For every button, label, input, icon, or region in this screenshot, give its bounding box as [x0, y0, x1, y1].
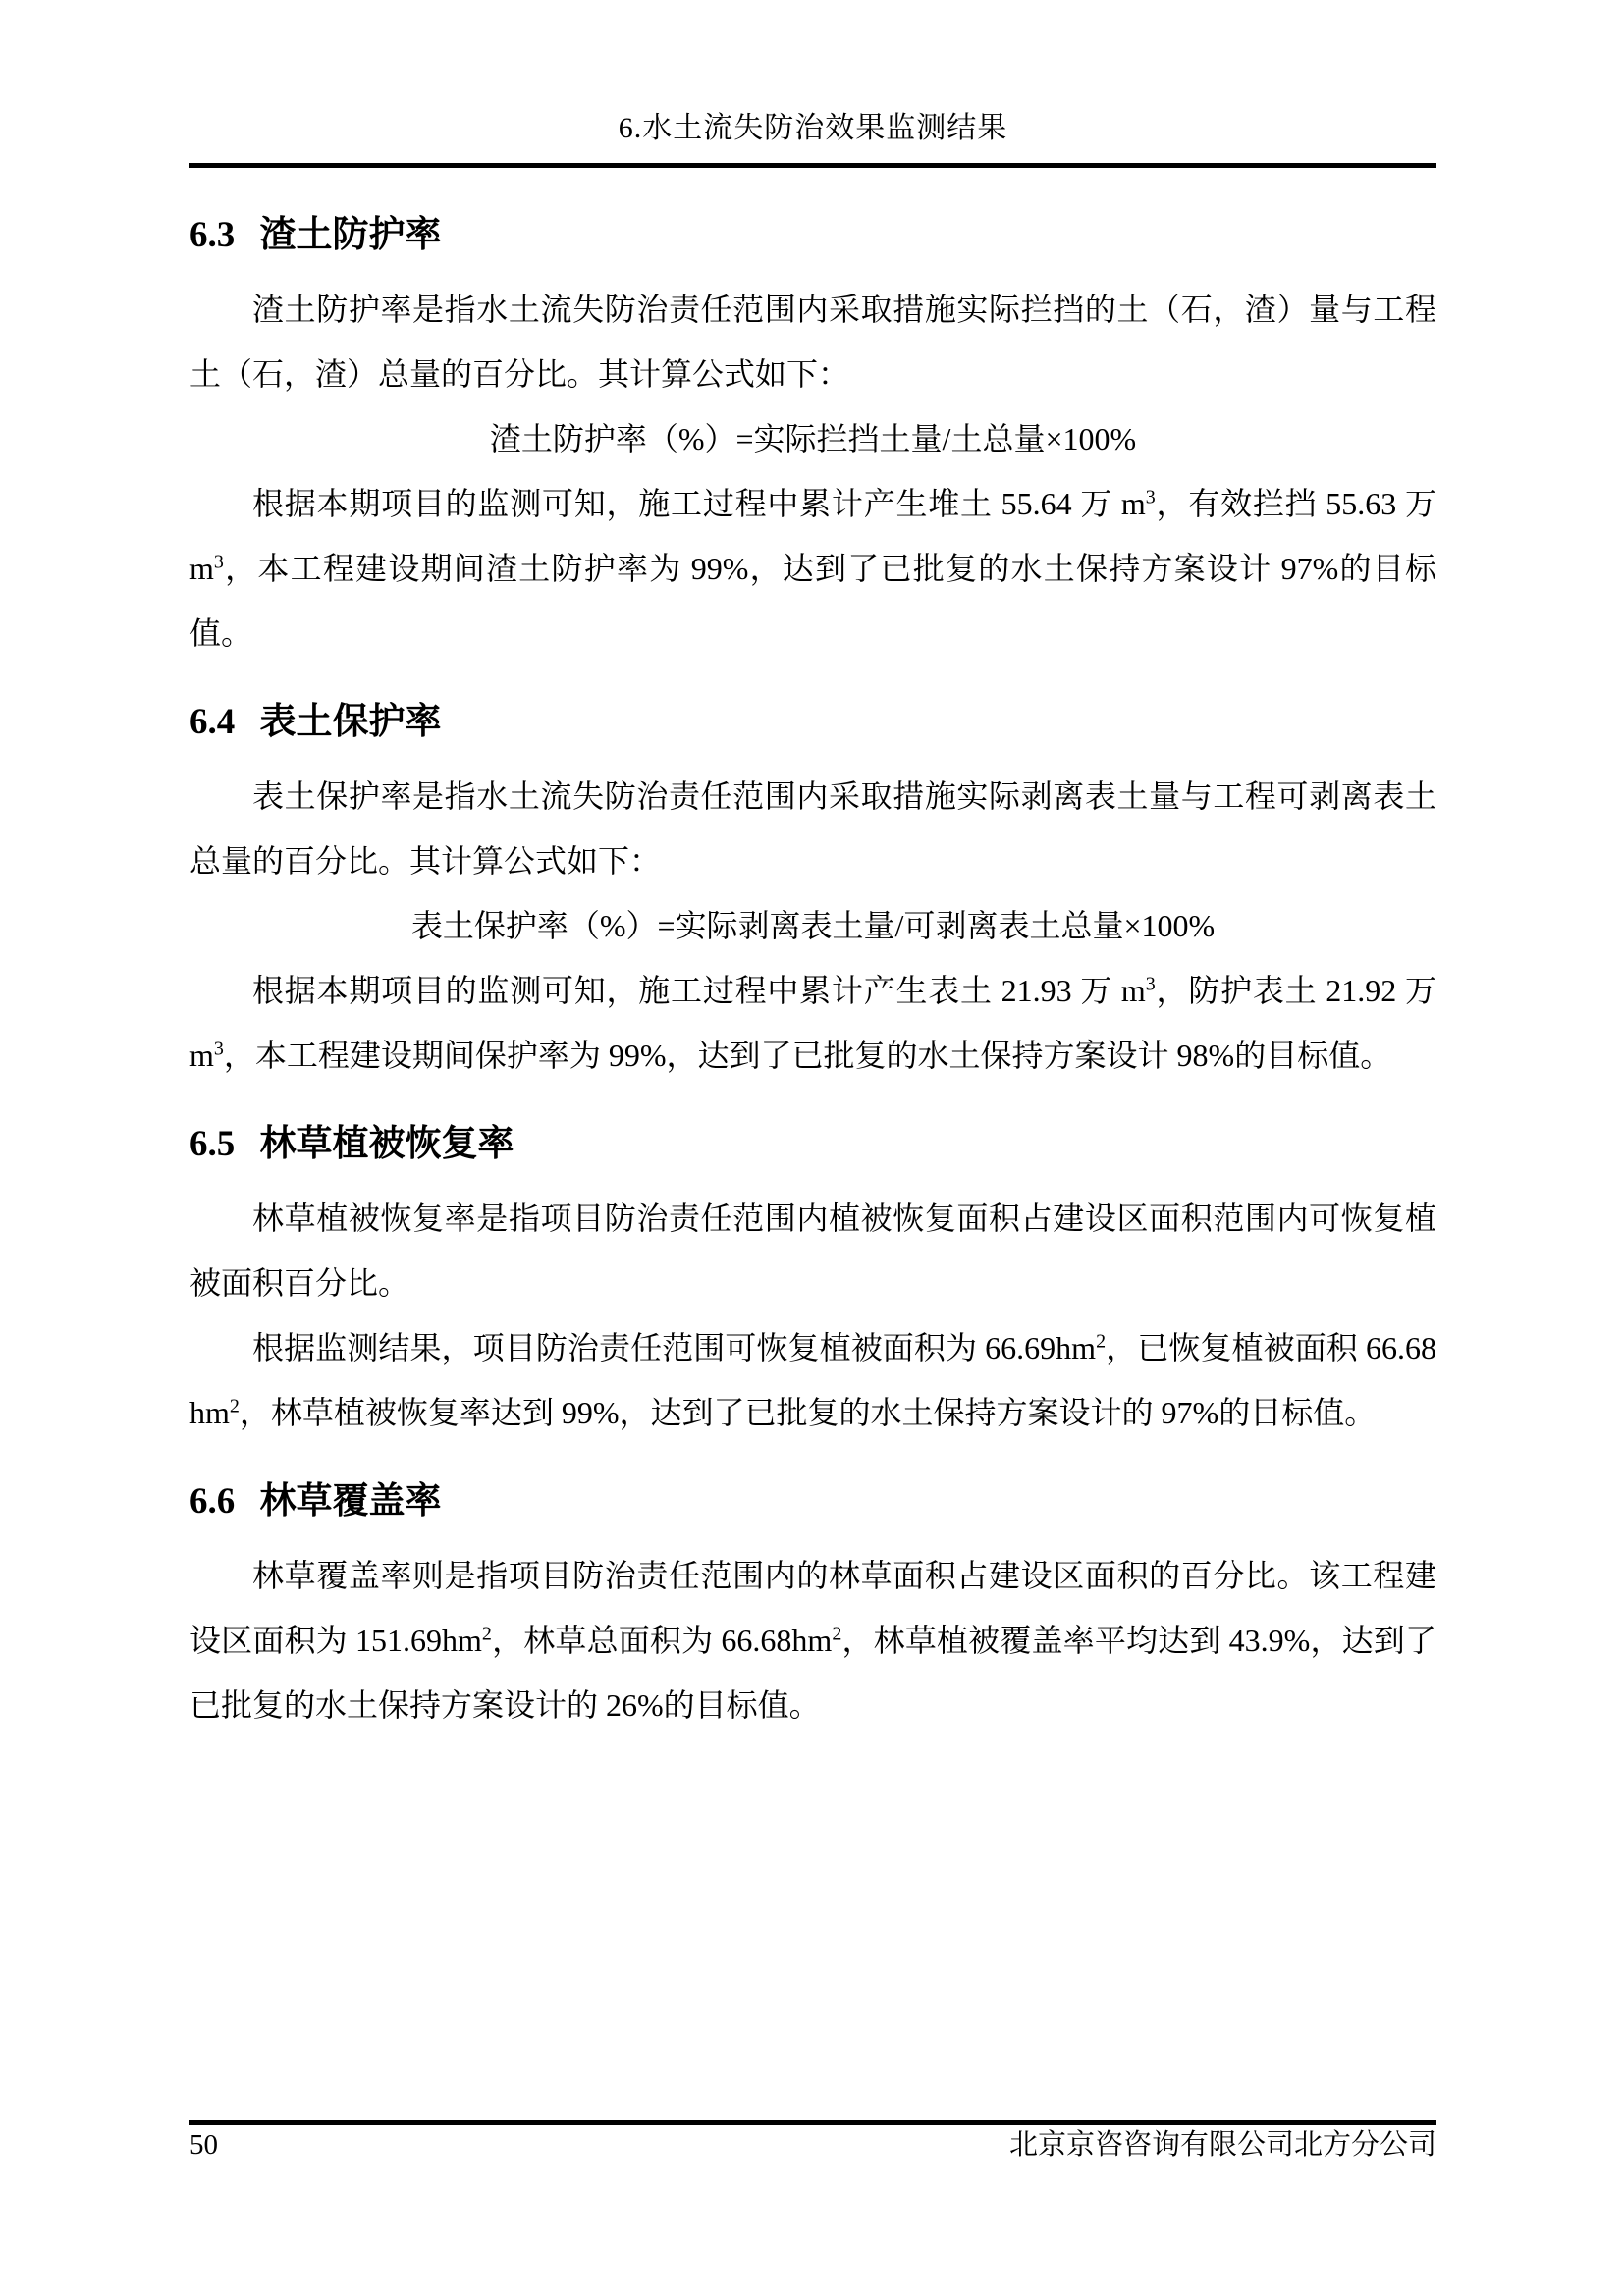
section-number: 6.3	[189, 215, 235, 255]
document-page: 6.水土流失防治效果监测结果 6.3 渣土防护率 渣土防护率是指水土流失防治责任…	[0, 0, 1624, 2296]
text-run: 根据本期项目的监测可知，施工过程中累计产生堆土 55.64 万 m	[252, 486, 1146, 521]
superscript: 3	[1146, 486, 1156, 507]
superscript: 2	[230, 1395, 240, 1416]
section-heading: 6.4 表土保护率	[189, 701, 1436, 744]
superscript: 3	[214, 1038, 224, 1059]
text-run: 根据本期项目的监测可知，施工过程中累计产生表土 21.93 万 m	[252, 973, 1146, 1008]
text-run: 渣土防护率是指水土流失防治责任范围内采取措施实际拦挡的土（石，渣）量与工程土（石…	[189, 292, 1436, 392]
text-run: 林草植被恢复率是指项目防治责任范围内植被恢复面积占建设区面积范围内可恢复植被面积…	[189, 1201, 1436, 1301]
text-run: 渣土防护率（%）=实际拦挡土量/土总量×100%	[490, 421, 1136, 456]
text-run: ，林草总面积为 66.68hm	[492, 1623, 832, 1658]
document-section: 6.6 林草覆盖率 林草覆盖率则是指项目防治责任范围内的林草面积占建设区面积的百…	[189, 1480, 1436, 1737]
body-paragraph: 表土保护率是指水土流失防治责任范围内采取措施实际剥离表土量与工程可剥离表土总量的…	[189, 764, 1436, 893]
text-run: 表土保护率是指水土流失防治责任范围内采取措施实际剥离表土量与工程可剥离表土总量的…	[189, 778, 1436, 879]
section-heading: 6.6 林草覆盖率	[189, 1480, 1436, 1523]
text-run: ，林草植被恢复率达到 99%，达到了已批复的水土保持方案设计的 97%的目标值。	[240, 1395, 1376, 1430]
footer-divider	[189, 2120, 1436, 2125]
section-title: 林草覆盖率	[260, 1481, 442, 1522]
superscript: 3	[214, 551, 224, 572]
body-paragraph: 根据监测结果，项目防治责任范围可恢复植被面积为 66.69hm2，已恢复植被面积…	[189, 1315, 1436, 1445]
page-header-title: 6.水土流失防治效果监测结果	[189, 110, 1436, 147]
page-footer: 50 北京京咨咨询有限公司北方分公司	[189, 2127, 1436, 2163]
document-section: 6.4 表土保护率 表土保护率是指水土流失防治责任范围内采取措施实际剥离表土量与…	[189, 701, 1436, 1088]
formula-line: 表土保护率（%）=实际剥离表土量/可剥离表土总量×100%	[189, 893, 1436, 958]
section-title: 表土保护率	[260, 702, 442, 742]
superscript: 3	[1146, 973, 1156, 994]
footer-company: 北京京咨咨询有限公司北方分公司	[1009, 2127, 1436, 2163]
section-number: 6.5	[189, 1124, 235, 1164]
section-heading: 6.5 林草植被恢复率	[189, 1123, 1436, 1166]
section-heading: 6.3 渣土防护率	[189, 214, 1436, 257]
body-paragraph: 渣土防护率是指水土流失防治责任范围内采取措施实际拦挡的土（石，渣）量与工程土（石…	[189, 277, 1436, 406]
body-paragraph: 根据本期项目的监测可知，施工过程中累计产生堆土 55.64 万 m3，有效拦挡 …	[189, 471, 1436, 666]
body-paragraph: 林草植被恢复率是指项目防治责任范围内植被恢复面积占建设区面积范围内可恢复植被面积…	[189, 1186, 1436, 1315]
header-divider	[189, 163, 1436, 168]
document-section: 6.5 林草植被恢复率 林草植被恢复率是指项目防治责任范围内植被恢复面积占建设区…	[189, 1123, 1436, 1445]
superscript: 2	[482, 1623, 492, 1644]
document-body: 6.3 渣土防护率 渣土防护率是指水土流失防治责任范围内采取措施实际拦挡的土（石…	[189, 179, 1436, 1737]
text-run: 根据监测结果，项目防治责任范围可恢复植被面积为 66.69hm	[252, 1330, 1096, 1365]
section-title: 林草植被恢复率	[260, 1124, 514, 1164]
superscript: 2	[1096, 1330, 1106, 1352]
body-paragraph: 林草覆盖率则是指项目防治责任范围内的林草面积占建设区面积的百分比。该工程建设区面…	[189, 1543, 1436, 1737]
text-run: ，本工程建设期间保护率为 99%，达到了已批复的水土保持方案设计 98%的目标值…	[224, 1038, 1391, 1073]
text-run: 表土保护率（%）=实际剥离表土量/可剥离表土总量×100%	[411, 908, 1215, 943]
section-number: 6.4	[189, 702, 235, 742]
section-title: 渣土防护率	[260, 215, 442, 255]
formula-line: 渣土防护率（%）=实际拦挡土量/土总量×100%	[189, 406, 1436, 471]
section-number: 6.6	[189, 1481, 235, 1522]
body-paragraph: 根据本期项目的监测可知，施工过程中累计产生表土 21.93 万 m3，防护表土 …	[189, 958, 1436, 1088]
text-run: ，本工程建设期间渣土防护率为 99%，达到了已批复的水土保持方案设计 97%的目…	[189, 551, 1436, 651]
document-section: 6.3 渣土防护率 渣土防护率是指水土流失防治责任范围内采取措施实际拦挡的土（石…	[189, 214, 1436, 666]
superscript: 2	[832, 1623, 841, 1644]
page-number: 50	[189, 2127, 218, 2163]
